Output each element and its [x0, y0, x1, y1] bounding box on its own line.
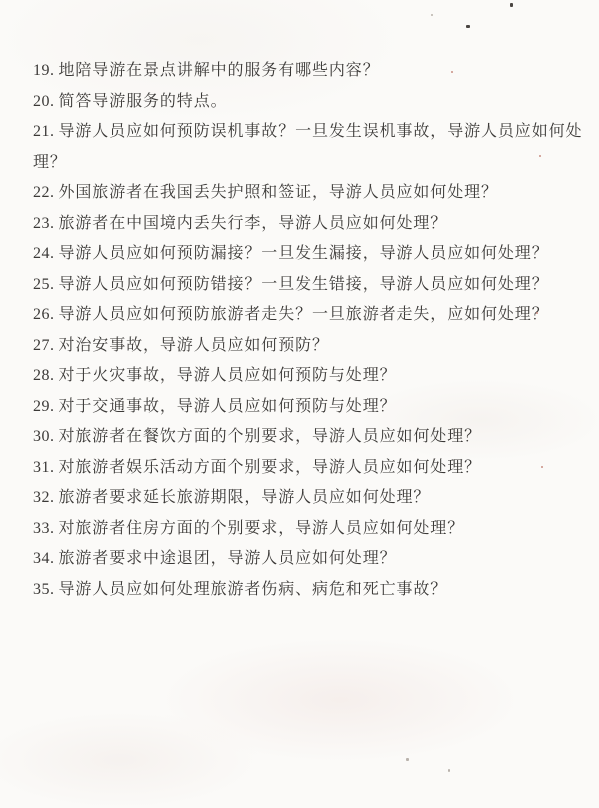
question-text: 地陪导游在景点讲解中的服务有哪些内容？: [59, 62, 380, 79]
question-number: 19.: [33, 62, 55, 79]
question-number: 31.: [33, 459, 55, 476]
question-text: 导游人员应如何预防错接？一旦发生错接，导游人员应如何处理？: [59, 276, 549, 293]
question-number: 30.: [33, 428, 55, 445]
question-text: 旅游者要求延长旅游期限，导游人员应如何处理？: [59, 489, 431, 506]
question-number: 35.: [33, 581, 55, 598]
question-number: 28.: [33, 367, 55, 384]
question-line: 20.简答导游服务的特点。: [33, 87, 587, 118]
question-text: 对旅游者在餐饮方面的个别要求，导游人员应如何处理？: [59, 428, 482, 445]
scan-speck: [406, 758, 409, 761]
question-number: 26.: [33, 306, 55, 323]
question-number: 27.: [33, 337, 55, 354]
question-line: 21.导游人员应如何预防误机事故？一旦发生误机事故，导游人员应如何处理？: [33, 117, 587, 178]
question-number: 23.: [33, 215, 55, 232]
question-line: 34.旅游者要求中途退团，导游人员应如何处理？: [33, 544, 587, 575]
question-number: 34.: [33, 550, 55, 567]
scan-speck: [510, 3, 513, 7]
question-text: 导游人员应如何预防误机事故？一旦发生误机事故，导游人员应如何处理？: [33, 123, 582, 171]
question-line: 29.对于交通事故，导游人员应如何预防与处理？: [33, 392, 587, 423]
question-line: 30.对旅游者在餐饮方面的个别要求，导游人员应如何处理？: [33, 422, 587, 453]
question-line: 31.对旅游者娱乐活动方面个别要求，导游人员应如何处理？: [33, 453, 587, 484]
question-text: 外国旅游者在我国丢失护照和签证，导游人员应如何处理？: [59, 184, 498, 201]
scan-speck: [466, 25, 470, 28]
question-text: 旅游者要求中途退团，导游人员应如何处理？: [59, 550, 397, 567]
question-number: 21.: [33, 123, 55, 140]
question-line: 32.旅游者要求延长旅游期限，导游人员应如何处理？: [33, 483, 587, 514]
question-line: 26.导游人员应如何预防旅游者走失？一旦旅游者走失，应如何处理？: [33, 300, 587, 331]
question-number: 25.: [33, 276, 55, 293]
question-line: 19.地陪导游在景点讲解中的服务有哪些内容？: [33, 56, 587, 87]
scan-speck: [451, 71, 453, 73]
question-number: 20.: [33, 93, 55, 110]
question-line: 24.导游人员应如何预防漏接？一旦发生漏接，导游人员应如何处理？: [33, 239, 587, 270]
question-text: 对治安事故，导游人员应如何预防？: [59, 337, 329, 354]
question-number: 24.: [33, 245, 55, 262]
scan-speck: [448, 769, 450, 772]
question-text: 对于火灾事故，导游人员应如何预防与处理？: [59, 367, 397, 384]
question-number: 22.: [33, 184, 55, 201]
question-number: 29.: [33, 398, 55, 415]
question-text: 简答导游服务的特点。: [59, 93, 228, 110]
question-text: 导游人员应如何处理旅游者伤病、病危和死亡事故？: [59, 581, 448, 598]
question-line: 27.对治安事故，导游人员应如何预防？: [33, 331, 587, 362]
question-line: 22.外国旅游者在我国丢失护照和签证，导游人员应如何处理？: [33, 178, 587, 209]
question-text: 旅游者在中国境内丢失行李，导游人员应如何处理？: [59, 215, 448, 232]
question-line: 35.导游人员应如何处理旅游者伤病、病危和死亡事故？: [33, 575, 587, 606]
scan-speck: [431, 14, 433, 16]
question-text: 导游人员应如何预防旅游者走失？一旦旅游者走失，应如何处理？: [59, 306, 549, 323]
question-text: 对旅游者娱乐活动方面个别要求，导游人员应如何处理？: [59, 459, 482, 476]
question-line: 23.旅游者在中国境内丢失行李，导游人员应如何处理？: [33, 209, 587, 240]
question-text: 对于交通事故，导游人员应如何预防与处理？: [59, 398, 397, 415]
scan-speck: [539, 155, 541, 157]
question-line: 25.导游人员应如何预防错接？一旦发生错接，导游人员应如何处理？: [33, 270, 587, 301]
question-text: 对旅游者住房方面的个别要求，导游人员应如何处理？: [59, 520, 465, 537]
question-text: 导游人员应如何预防漏接？一旦发生漏接，导游人员应如何处理？: [59, 245, 549, 262]
question-number: 32.: [33, 489, 55, 506]
scan-speck: [541, 466, 543, 468]
question-number: 33.: [33, 520, 55, 537]
question-line: 33.对旅游者住房方面的个别要求，导游人员应如何处理？: [33, 514, 587, 545]
scanned-page: 19.地陪导游在景点讲解中的服务有哪些内容？ 20.简答导游服务的特点。 21.…: [0, 0, 599, 808]
question-line: 28.对于火灾事故，导游人员应如何预防与处理？: [33, 361, 587, 392]
scan-speck: [536, 312, 538, 314]
